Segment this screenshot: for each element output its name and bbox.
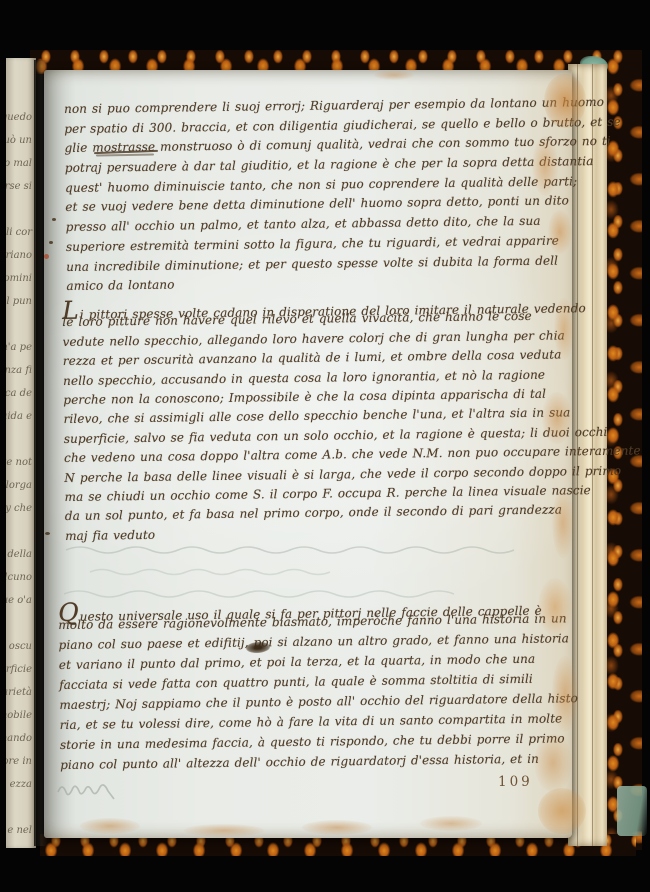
foxing-stain — [420, 816, 482, 831]
text-line: dette not — [6, 451, 36, 474]
text-line: guida e — [6, 405, 36, 428]
text-line: re in — [6, 842, 36, 848]
text-line: gue o'a — [6, 589, 36, 612]
text-line: senza fi — [6, 359, 36, 382]
text-line — [6, 520, 36, 543]
text-line: di oscu — [6, 635, 36, 658]
margin-ink-dot — [45, 532, 50, 535]
text-line: e della — [6, 543, 36, 566]
text-line: variano — [6, 244, 36, 267]
text-line: le, o mal — [6, 152, 36, 175]
text-line: e nel — [6, 819, 36, 842]
text-line: en'a pe — [6, 336, 36, 359]
text-line — [6, 198, 36, 221]
red-speck — [44, 254, 49, 259]
facing-page-edge: guedopuò unle, o malurse simali corvaria… — [6, 58, 36, 848]
margin-ink-dot — [49, 241, 53, 244]
text-line: varietà — [6, 681, 36, 704]
green-page-edge-sliver — [617, 786, 647, 836]
photograph-of-manuscript-book: guedopuò unle, o malurse simali corvaria… — [0, 0, 650, 892]
text-line: urse si — [6, 175, 36, 198]
paragraph: Li pittori spesse volte cadano in disper… — [62, 288, 642, 548]
text-line: domini — [6, 267, 36, 290]
margin-ink-dot — [52, 218, 56, 221]
facing-page-text-fragments: guedopuò unle, o malurse simali corvaria… — [6, 106, 36, 848]
text-line: la lorga — [6, 474, 36, 497]
foxing-stain — [302, 820, 372, 835]
paragraph: non si puo comprendere li suoj errorj; R… — [64, 95, 623, 299]
text-line — [6, 796, 36, 819]
foxing-stain — [80, 818, 140, 834]
text-line: ezza — [6, 773, 36, 796]
text-line: perficie — [6, 658, 36, 681]
text-line: ia mobile — [6, 704, 36, 727]
text-line — [6, 313, 36, 336]
manuscript-page: non si puo comprendere li suoj errorj; R… — [44, 70, 572, 838]
text-line: guedo — [6, 106, 36, 129]
text-line — [6, 612, 36, 635]
paragraph: Questo universale uso il quale si fa per… — [58, 591, 579, 778]
text-line: è il pun — [6, 290, 36, 313]
text-line: si alcuno — [6, 566, 36, 589]
bleedthrough-squiggles — [60, 540, 560, 610]
pencil-scribble-mark — [54, 770, 124, 804]
foxing-stain — [374, 70, 414, 80]
page-number: 109 — [498, 774, 533, 790]
text-line: mali cor — [6, 221, 36, 244]
text-line — [6, 428, 36, 451]
text-line: inando — [6, 727, 36, 750]
text-line: ssore in — [6, 750, 36, 773]
text-line: by che — [6, 497, 36, 520]
text-line: matica de — [6, 382, 36, 405]
text-line: può un — [6, 129, 36, 152]
foxing-stain — [184, 824, 264, 837]
